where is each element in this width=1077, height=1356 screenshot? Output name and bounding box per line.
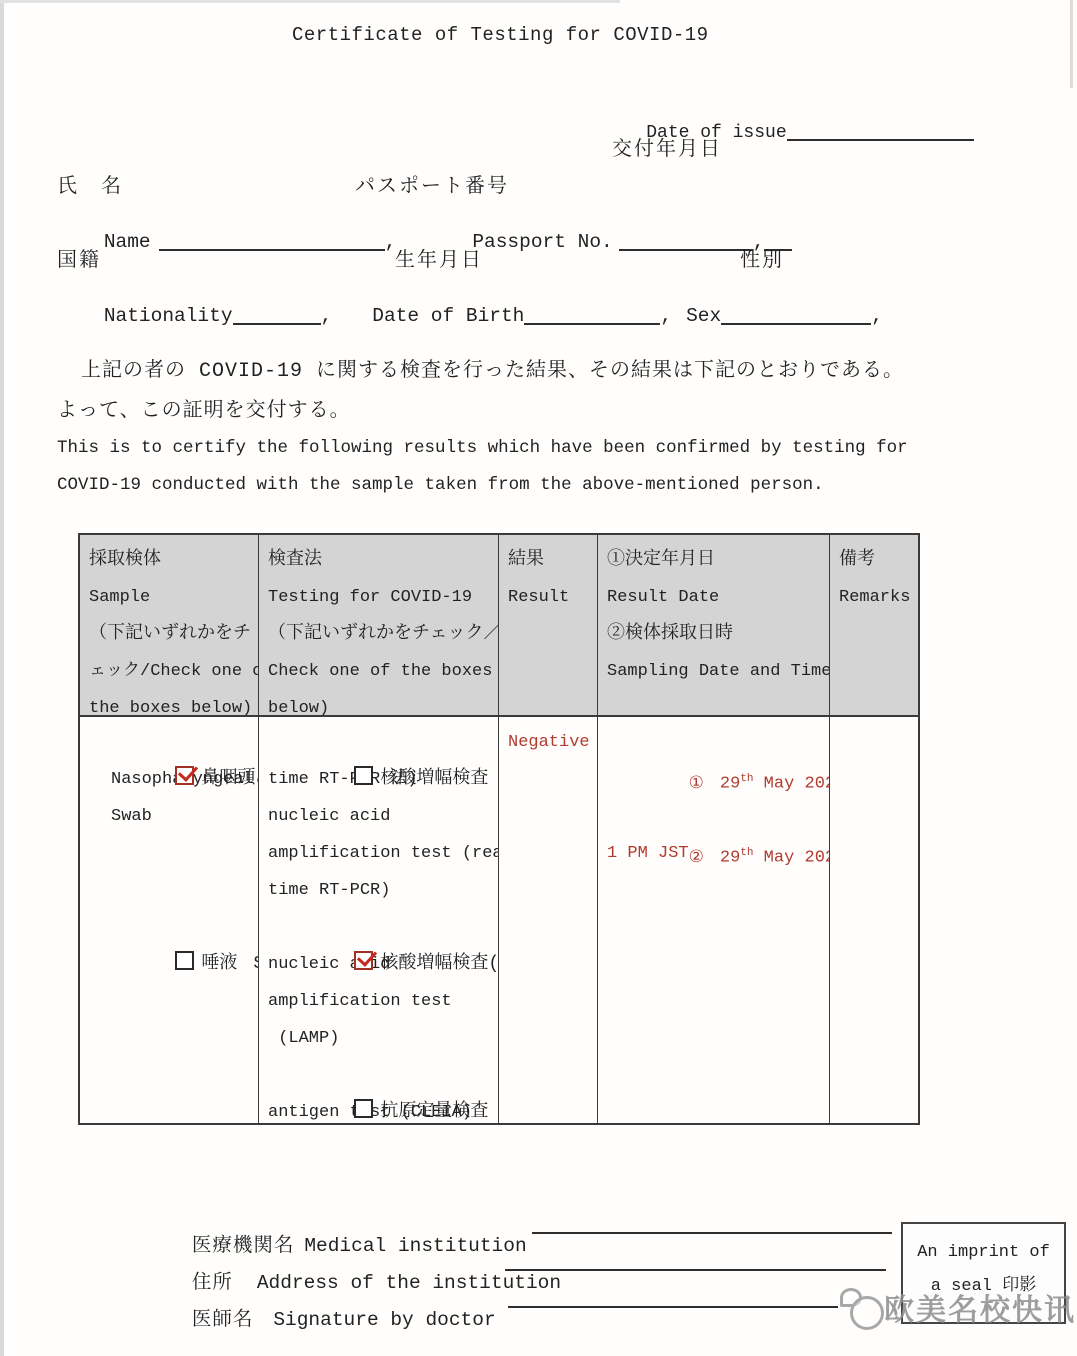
nasopharyngeal-checkbox [175, 766, 194, 785]
result-date-header-ja: ①決定年月日 [607, 542, 829, 579]
results-table: 採取検体 Sample （下記いずれかをチ ェック/Check one of t… [78, 533, 920, 1125]
rtpcr-line5: time RT-PCR) [268, 872, 498, 909]
spacer-line [89, 835, 258, 872]
spacer-line [89, 872, 258, 909]
remarks-header-en: Remarks [839, 579, 918, 616]
nasopharyngeal-label-en1: Nasopharyngeal [89, 761, 258, 798]
antigen-checkbox [354, 1099, 373, 1118]
rtpcr-checkbox [354, 766, 373, 785]
result-header-en: Result [508, 579, 597, 616]
testing-header-note2: Check one of the boxes [268, 653, 498, 690]
result-header-ja: 結果 [508, 542, 597, 579]
doctor-label-ja: 医師名 [192, 1309, 254, 1331]
statement-ja-line1: 上記の者の COVID-19 に関する検査を行った結果、その結果は下記のとおりで… [57, 352, 904, 392]
sampling-date-rest: May 2020 [753, 849, 830, 868]
sample-option-nasopharyngeal: 鼻咽頭ぬぐい液 [89, 724, 258, 761]
passport-label: Passport No. [472, 231, 612, 253]
lamp-line4: (LAMP) [268, 1020, 498, 1057]
seal-text-line1: An imprint of [903, 1236, 1064, 1270]
dob-label-ja: 生年月日 [395, 243, 483, 273]
date-of-issue-field [787, 118, 974, 141]
circled-1: ① [689, 775, 704, 794]
comma: , [321, 305, 333, 327]
dob-label: Date of Birth [372, 305, 524, 327]
document-title: Certificate of Testing for COVID-19 [292, 24, 709, 46]
sampling-date-day: 29 [720, 849, 740, 868]
col-header-remarks: 備考 Remarks [830, 535, 918, 717]
remarks-header-ja: 備考 [839, 542, 918, 579]
name-field [159, 228, 385, 251]
institution-field [532, 1212, 892, 1234]
passport-field [619, 228, 753, 251]
result-date-rest: May 2020 [753, 775, 830, 794]
nationality-field [233, 302, 321, 325]
sex-label-ja: 性別 [740, 243, 784, 273]
sex-label: Sex [686, 305, 721, 327]
nationality-dob-sex-row: Nationality,Date of Birth,Sex, [57, 280, 883, 349]
test-option-lamp: 核酸増幅検査(LAMP 法) [268, 909, 498, 946]
sex-field [721, 302, 871, 325]
testing-header-note1: （下記いずれかをチェック／ [268, 616, 498, 653]
scan-edge-left [0, 0, 4, 1356]
col-header-testing: 検査法 Testing for COVID-19 （下記いずれかをチェック／ C… [259, 535, 499, 717]
testing-header-en: Testing for COVID-19 [268, 579, 498, 616]
test-option-antigen: 抗原定量検査 [268, 1057, 498, 1094]
circled-2: ② [689, 849, 704, 868]
result-date-ordinal: th [740, 773, 753, 785]
statement-en-line1: This is to certify the following results… [57, 430, 908, 468]
col-header-sample: 採取検体 Sample （下記いずれかをチ ェック/Check one of t… [80, 535, 259, 717]
cell-remarks [830, 717, 918, 1123]
doctor-row: 医師名Signature by doctor [145, 1281, 496, 1353]
watermark: 欧美名校快讯 [840, 1284, 1076, 1330]
result-value: Negative [508, 724, 597, 761]
date-of-issue-label-ja: 交付年月日 [612, 132, 722, 162]
lamp-line1: 核酸増幅検査(LAMP 法) [380, 954, 499, 974]
watermark-text: 欧美名校快讯 [884, 1285, 1076, 1329]
rtpcr-line3: nucleic acid [268, 798, 498, 835]
nationality-label-ja: 国籍 [57, 243, 101, 273]
statement-ja-line2: よって、この証明を交付する。 [57, 392, 351, 432]
result-date-day: 29 [720, 775, 740, 794]
sample-header-en: Sample [89, 579, 258, 616]
sample-option-saliva: 唾液Saliva [89, 909, 258, 946]
saliva-checkbox [175, 951, 194, 970]
name-label-ja: 氏 名 [57, 169, 123, 199]
col-header-result: 結果 Result [499, 535, 598, 717]
saliva-label-ja: 唾液 [201, 954, 237, 974]
cell-result: Negative [499, 717, 598, 1123]
sampling-date-header-ja: ②検体採取日時 [607, 616, 829, 653]
scan-edge-top [0, 0, 620, 3]
statement-en-line2: COVID-19 conducted with the sample taken… [57, 467, 824, 505]
cell-testing: 核酸増幅検査 (real time RT-PCR 法) nucleic acid… [259, 717, 499, 1123]
sample-header-note3: the boxes below) [89, 690, 258, 717]
passport-label-ja: パスポート番号 [355, 169, 509, 199]
result-date-header-en: Result Date [607, 579, 829, 616]
doctor-label-en: Signature by doctor [273, 1309, 495, 1331]
testing-header-note3: below) [268, 690, 498, 717]
test-option-rtpcr: 核酸増幅検査 (real [268, 724, 498, 761]
comma: , [660, 305, 672, 327]
sampling-date-ordinal: th [740, 847, 753, 859]
result-date-value: ①29th May 2020 [607, 724, 829, 761]
rtpcr-line4: amplification test (real [268, 835, 498, 872]
dob-field [524, 302, 660, 325]
cell-sample: 鼻咽頭ぬぐい液 Nasopharyngeal Swab 唾液Saliva [80, 717, 259, 1123]
address-field [505, 1249, 886, 1271]
lamp-line3: amplification test [268, 983, 498, 1020]
nasopharyngeal-label-en2: Swab [89, 798, 258, 835]
comma: , [871, 305, 883, 327]
nationality-label: Nationality [104, 305, 233, 327]
testing-header-ja: 検査法 [268, 542, 498, 579]
sample-header-note1: （下記いずれかをチ [89, 616, 258, 653]
scan-edge-right [1070, 0, 1073, 88]
name-label: Name [104, 231, 151, 253]
certificate-page: Certificate of Testing for COVID-19 Date… [0, 0, 1077, 1356]
sampling-date-header-en: Sampling Date and Time [607, 653, 829, 690]
col-header-dates: ①決定年月日 Result Date ②検体採取日時 Sampling Date… [598, 535, 830, 717]
doctor-signature-field [508, 1286, 838, 1308]
antigen-line2: antigen test (CLEIA) [268, 1094, 498, 1123]
sample-header-ja: 採取検体 [89, 542, 258, 579]
lamp-checkbox [354, 951, 373, 970]
cell-dates: ①29th May 2020 ②29th May 2020 1 PM JST [598, 717, 830, 1123]
sample-header-note2: ェック/Check one of [89, 653, 258, 690]
watermark-logo-icon [840, 1284, 884, 1330]
